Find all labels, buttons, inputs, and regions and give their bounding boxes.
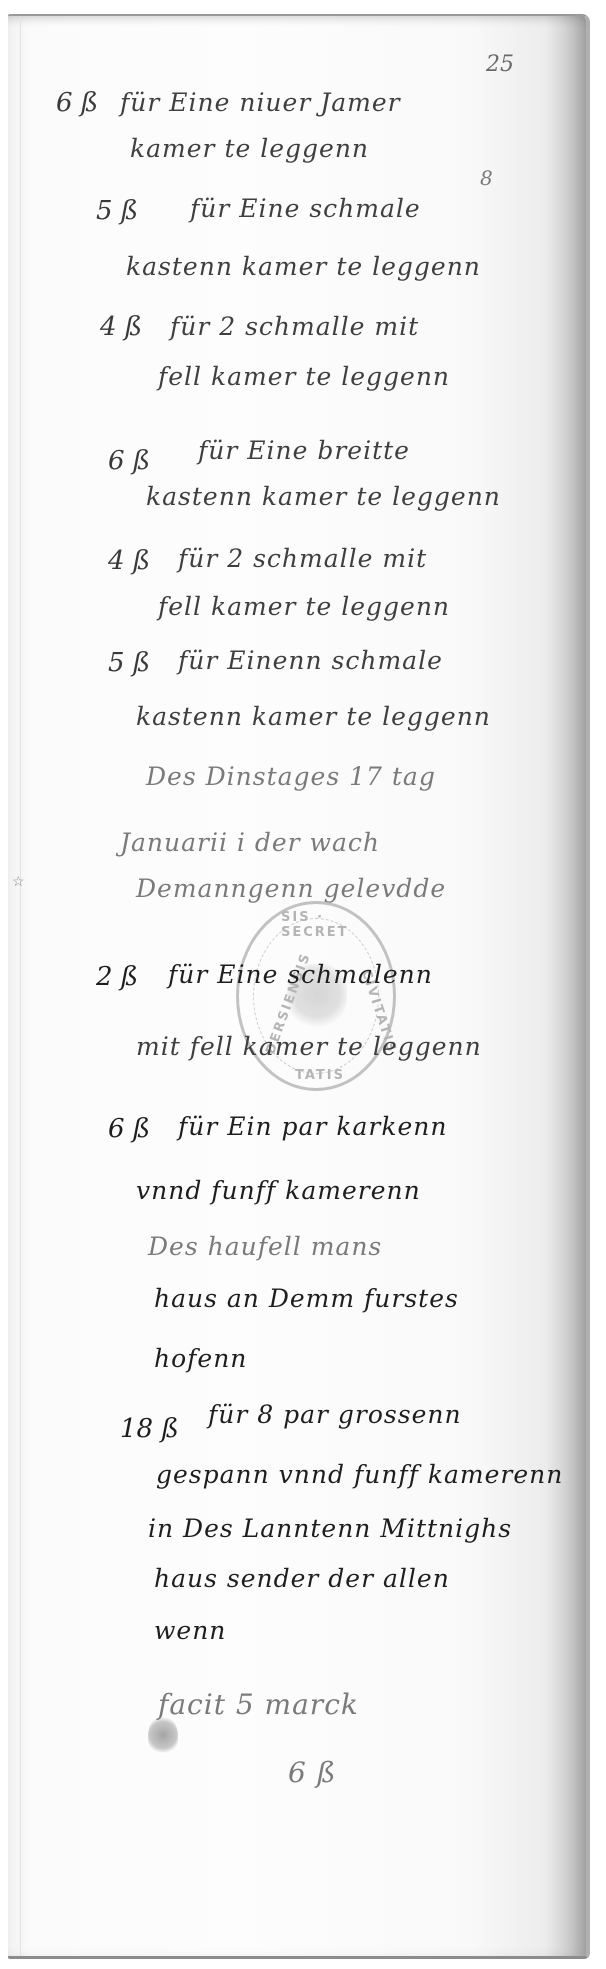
entry-amount: 4 ß bbox=[100, 312, 142, 342]
entry-amount: 6 ß bbox=[108, 1114, 150, 1144]
entry-text-line: fell kamer te leggenn bbox=[158, 362, 450, 391]
entry-amount: 18 ß bbox=[120, 1414, 179, 1444]
entry-text-line: hofenn bbox=[154, 1344, 247, 1373]
entry-amount: 5 ß bbox=[96, 196, 138, 226]
entry-text-line: haus an Demm furstes bbox=[154, 1284, 459, 1313]
entry-amount: 5 ß bbox=[108, 648, 150, 678]
entry-text-line: kamer te leggenn bbox=[130, 134, 369, 163]
total-amount: 6 ß bbox=[288, 1756, 336, 1789]
entry-date-line: Demanngenn gelevdde bbox=[136, 874, 446, 903]
folio-number: 25 bbox=[486, 52, 514, 77]
total-line: facit 5 marck bbox=[158, 1688, 359, 1721]
entry-amount: 4 ß bbox=[108, 546, 150, 576]
entry-text-line: kastenn kamer te leggenn bbox=[136, 702, 491, 731]
entry-text-line: kastenn kamer te leggenn bbox=[126, 252, 481, 281]
library-seal-stamp: SIS · SECRET DERSIENSIS CIVITATIS TATIS bbox=[236, 901, 396, 1091]
entry-text-line: für Eine breitte bbox=[198, 436, 410, 465]
stamp-bottom-text: TATIS bbox=[295, 1068, 345, 1083]
entry-text-line: Des haufell mans bbox=[148, 1232, 382, 1261]
entry-text-line: für 2 schmalle mit bbox=[178, 544, 427, 573]
entry-text-line: für Ein par karkenn bbox=[178, 1112, 448, 1141]
manuscript-page: 25 8 6 ß für Eine niuer Jamer kamer te l… bbox=[8, 14, 590, 1959]
entry-text-line: für Einenn schmale bbox=[178, 646, 443, 675]
entry-text-line: fell kamer te leggenn bbox=[158, 592, 450, 621]
entry-text-line: gespann vnnd funff kamerenn bbox=[156, 1460, 563, 1489]
entry-text-line: haus sender der allen bbox=[154, 1564, 450, 1593]
entry-text-line: für Eine schmale bbox=[190, 194, 421, 223]
entry-text-line: mit fell kamer te leggenn bbox=[136, 1032, 482, 1061]
ink-blot bbox=[148, 1716, 178, 1754]
margin-star-mark: ☆ bbox=[12, 874, 25, 890]
entry-date-line: Des Dinstages 17 tag bbox=[146, 762, 436, 791]
margin-note: 8 bbox=[480, 166, 494, 190]
entry-amount: 2 ß bbox=[96, 962, 138, 992]
entry-text-line: für 8 par grossenn bbox=[208, 1400, 462, 1429]
entry-amount: 6 ß bbox=[108, 446, 150, 476]
entry-date-line: Januarii i der wach bbox=[120, 828, 380, 857]
entry-text-line: für Eine schmalenn bbox=[168, 960, 433, 989]
entry-text-line: in Des Lanntenn Mittnighs bbox=[148, 1514, 512, 1543]
stamp-top-text: SIS · SECRET bbox=[281, 910, 393, 940]
entry-amount: 6 ß bbox=[56, 88, 98, 118]
entry-text-line: für Eine niuer Jamer bbox=[120, 88, 401, 117]
entry-text-line: kastenn kamer te leggenn bbox=[146, 482, 501, 511]
entry-text-line: vnnd funff kamerenn bbox=[136, 1176, 421, 1205]
entry-text-line: für 2 schmalle mit bbox=[170, 312, 419, 341]
entry-text-line: wenn bbox=[154, 1616, 226, 1645]
